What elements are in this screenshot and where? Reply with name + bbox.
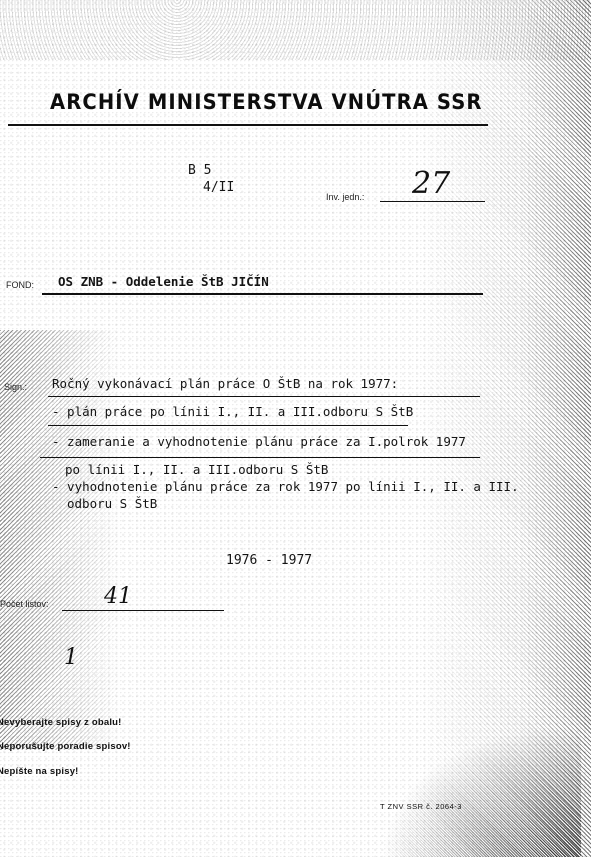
signatura-line-1: Ročný vykonávací plán práce O ŠtB na rok… [52,376,398,391]
fond-value: OS ZNB - Oddelenie ŠtB JIČÍN [58,274,269,289]
scan-noise-left [0,330,120,750]
signatura-label: Sign.: [4,382,27,392]
scan-noise-top [0,0,591,60]
signatura-rule-1 [48,396,480,397]
date-range: 1976 - 1977 [226,553,312,568]
signatura-line-5: - vyhodnotenie plánu práce za rok 1977 p… [52,479,519,494]
warning-do-not-write: Nepíšte na spisy! [0,766,79,777]
page-count-label: Počet listov: [0,599,49,609]
page-count-rule [62,610,224,611]
scan-noise-right [421,0,591,857]
fond-rule [42,293,483,295]
handwritten-mark: 1 [64,645,78,670]
signatura-line-4: po línii I., II. a III.odboru S ŠtB [65,462,328,477]
archive-title: ARCHÍV MINISTERSTVA VNÚTRA SSR [50,90,483,114]
reference-line-1: B 5 [188,163,211,178]
signatura-line-6: odboru S ŠtB [67,496,157,511]
inventory-label: Inv. jedn.: [326,192,364,202]
inventory-number-handwritten: 27 [412,166,450,201]
fond-label: FOND: [6,280,34,290]
print-form-code: T ZNV SSR č. 2064-3 [380,802,462,811]
inventory-rule [380,201,485,202]
warning-do-not-remove: Nevyberajte spisy z obalu! [0,717,122,728]
scan-noise-corner [381,727,581,857]
page-count-handwritten: 41 [104,584,132,609]
reference-line-2: 4/II [203,180,234,195]
signatura-line-3: - zameranie a vyhodnotenie plánu práce z… [52,434,466,449]
signatura-rule-3 [40,457,480,458]
signatura-line-2: - plán práce po línii I., II. a III.odbo… [52,404,413,419]
scan-speckle [0,0,591,857]
warning-keep-order: Neporušujte poradie spisov! [0,741,131,752]
title-rule [8,124,488,126]
signatura-rule-2 [48,425,408,426]
archive-cover-sheet: ARCHÍV MINISTERSTVA VNÚTRA SSR B 5 4/II … [0,0,591,857]
